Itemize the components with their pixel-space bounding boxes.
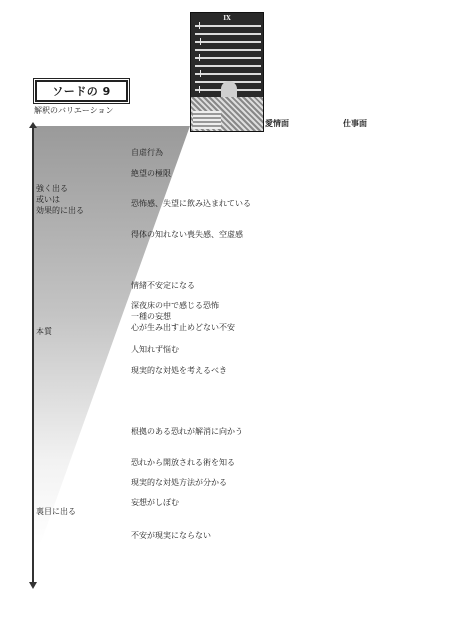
interpretation-item: 恐れから開放される術を知る: [131, 457, 235, 468]
intensity-axis: [32, 126, 34, 584]
interpretation-item: 妄想がしぼむ: [131, 497, 179, 508]
tarot-card-image: IX: [190, 12, 264, 132]
interpretation-item: 絶望の極限: [131, 168, 171, 179]
interpretation-item: 情緒不安定になる: [131, 280, 195, 291]
interpretation-item: 現実的な対処方法が分かる: [131, 477, 227, 488]
interpretation-item: 人知れず悩む: [131, 344, 179, 355]
column-love: 愛情面: [265, 118, 289, 129]
interpretation-item: 心が生み出す止めどない不安: [131, 322, 235, 333]
interpretation-item: 自虐行為: [131, 147, 163, 158]
interpretation-item: 一種の妄想: [131, 311, 171, 322]
interpretation-item: 根拠のある恐れが解消に向かう: [131, 426, 243, 437]
sword-icon: [195, 25, 261, 27]
interpretation-item: 恐怖感、失望に飲み込まれている: [131, 198, 251, 209]
arrow-up-icon: [29, 122, 37, 128]
card-numeral: IX: [191, 15, 263, 22]
sword-icon: [195, 49, 261, 51]
arrow-down-icon: [29, 582, 37, 589]
sword-icon: [195, 57, 261, 59]
scale-label-essence: 本質: [36, 326, 52, 337]
interpretation-item: 得体の知れない喪失感、空虚感: [131, 229, 243, 240]
sword-icon: [195, 65, 261, 67]
scale-label-strong: 強く出る 或いは 効果的に出る: [36, 183, 84, 216]
card-title: ソードの 9: [35, 80, 128, 102]
sword-icon: [195, 73, 261, 75]
column-work: 仕事面: [343, 118, 367, 129]
scale-label-backfire: 裏目に出る: [36, 506, 76, 517]
interpretation-item: 深夜床の中で感じる恐怖: [131, 300, 219, 311]
sword-icon: [195, 41, 261, 43]
bed-icon: [193, 111, 221, 129]
interpretation-item: 不安が現実にならない: [131, 530, 211, 541]
interpretation-item: 現実的な対処を考えるべき: [131, 365, 227, 376]
page-subtitle: 解釈のバリエーション: [34, 105, 114, 116]
sword-icon: [195, 33, 261, 35]
